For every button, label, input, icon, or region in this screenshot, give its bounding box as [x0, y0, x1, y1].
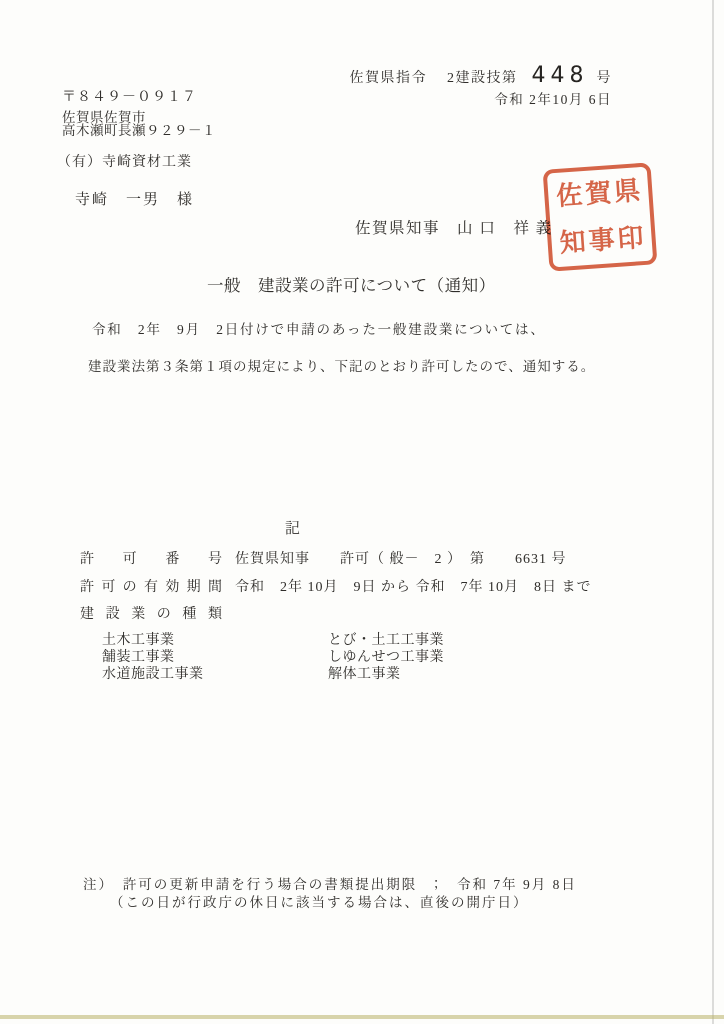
recipient-address-line2: 高木瀬町長瀬９２９－１ [62, 119, 216, 139]
business-type-item: 水道施設工事業 [102, 666, 328, 683]
document-page: 佐賀県指令 2建設技第 448 号 令和 2年10月 6日 〒８４９－０９１７ … [0, 0, 724, 1024]
record-row-business-types: 建設業の種類 [80, 603, 235, 623]
business-types-label: 建設業の種類 [80, 603, 222, 623]
permit-number-value: 佐賀県知事 許可（ 般－ 2 ） 第 6631 号 [235, 548, 567, 568]
body-paragraph-line2: 建設業法第３条第１項の規定により、下記のとおり許可したので、通知する。 [88, 355, 595, 375]
record-heading: 記 [285, 517, 302, 538]
business-type-item: 土木工事業 [102, 632, 328, 649]
reference-unit: 号 [597, 67, 613, 87]
footer-note: 注） 許可の更新申請を行う場合の書類提出期限 ； 令和 7年 9月 8日 （この… [83, 876, 577, 912]
issuer-governor-name: 佐賀県知事 山 口 祥 義 [355, 216, 553, 238]
reference-agency: 佐賀県指令 [350, 67, 428, 87]
validity-period-value: 令和 2年 10月 9日 から 令和 7年 10月 8日 まで [235, 576, 592, 596]
business-type-item: 舗装工事業 [102, 649, 328, 666]
issue-date: 令和 2年10月 6日 [494, 88, 612, 108]
footer-note-line2: （この日が行政庁の休日に該当する場合は、直後の開庁日） [83, 894, 577, 912]
scan-edge-right [712, 0, 714, 1024]
reference-line: 佐賀県指令 2建設技第 448 号 [350, 63, 613, 88]
record-row-validity-period: 許可の有効期間 令和 2年 10月 9日 から 令和 7年 10月 8日 まで [80, 576, 592, 596]
recipient-name: 寺崎 一男 様 [75, 188, 194, 209]
reference-doc-code: 2建設技第 [447, 67, 518, 87]
recipient-postal-code: 〒８４９－０９１７ [62, 86, 197, 106]
reference-number: 448 [532, 63, 589, 88]
seal-row-1: 佐賀県 [553, 177, 645, 209]
record-row-permit-number: 許可番号 佐賀県知事 許可（ 般－ 2 ） 第 6631 号 [80, 548, 567, 568]
seal-row-2: 知事印 [556, 224, 648, 256]
document-title: 一般 建設業の許可について（通知） [207, 272, 496, 296]
validity-period-label: 許可の有効期間 [80, 576, 222, 596]
official-seal-stamp: 佐賀県 知事印 [543, 162, 658, 271]
business-type-column-left: 土木工事業 舗装工事業 水道施設工事業 [102, 632, 328, 683]
footer-note-line1: 注） 許可の更新申請を行う場合の書類提出期限 ； 令和 7年 9月 8日 [83, 876, 577, 894]
business-type-item: しゆんせつ工事業 [328, 649, 444, 666]
permit-number-label: 許可番号 [80, 548, 222, 568]
business-type-item: とび・土工工事業 [328, 632, 444, 649]
recipient-company: （有）寺崎資材工業 [57, 151, 192, 171]
body-paragraph-line1: 令和 2年 9月 2日付けで申請のあった一般建設業については、 [92, 318, 546, 338]
business-type-list: 土木工事業 舗装工事業 水道施設工事業 とび・土工工事業 しゆんせつ工事業 解体… [102, 632, 444, 683]
business-type-item: 解体工事業 [328, 666, 444, 683]
business-type-column-right: とび・土工工事業 しゆんせつ工事業 解体工事業 [328, 632, 444, 683]
scan-edge-bottom [0, 1015, 724, 1019]
